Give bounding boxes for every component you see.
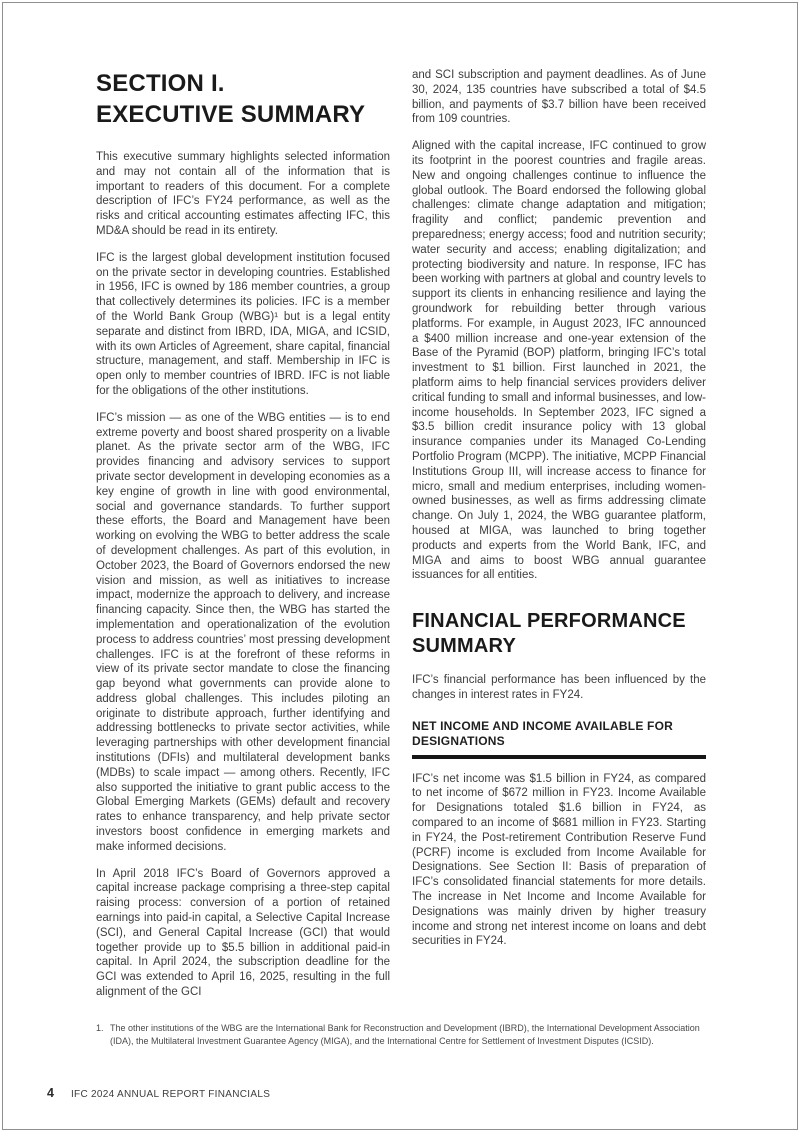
paragraph-capital-increase: In April 2018 IFC’s Board of Governors a… xyxy=(96,867,390,1000)
paragraph-ifc-overview: IFC is the largest global development in… xyxy=(96,251,390,399)
paragraph-intro: This executive summary highlights select… xyxy=(96,150,390,239)
paragraph-subscription: and SCI subscription and payment deadlin… xyxy=(412,68,706,127)
subheading-rule xyxy=(412,755,706,759)
paragraph-global-challenges: Aligned with the capital increase, IFC c… xyxy=(412,139,706,583)
page-footer: 4 IFC 2024 ANNUAL REPORT FINANCIALS xyxy=(47,1086,270,1100)
footnote: 1. The other institutions of the WBG are… xyxy=(96,1022,700,1047)
footnote-number: 1. xyxy=(96,1022,104,1035)
section-title-line1: SECTION I. xyxy=(96,70,225,97)
section-title: SECTION I. EXECUTIVE SUMMARY xyxy=(96,68,390,130)
right-column: and SCI subscription and payment deadlin… xyxy=(412,68,706,1000)
section-title-line2: EXECUTIVE SUMMARY xyxy=(96,101,365,128)
document-page: SECTION I. EXECUTIVE SUMMARY This execut… xyxy=(0,0,802,1133)
page-number: 4 xyxy=(47,1086,54,1100)
paragraph-mission: IFC’s mission — as one of the WBG entiti… xyxy=(96,411,390,855)
net-income-subheading: NET INCOME AND INCOME AVAILABLE FOR DESI… xyxy=(412,719,706,749)
paragraph-net-income: IFC’s net income was $1.5 billion in FY2… xyxy=(412,772,706,950)
financial-performance-heading: FINANCIAL PERFORMANCE SUMMARY xyxy=(412,609,706,659)
footer-label: IFC 2024 ANNUAL REPORT FINANCIALS xyxy=(71,1089,270,1100)
paragraph-performance-intro: IFC’s financial performance has been inf… xyxy=(412,673,706,703)
footnote-text: The other institutions of the WBG are th… xyxy=(110,1023,700,1046)
left-column: SECTION I. EXECUTIVE SUMMARY This execut… xyxy=(96,68,390,1000)
page-content: SECTION I. EXECUTIVE SUMMARY This execut… xyxy=(96,68,706,1000)
